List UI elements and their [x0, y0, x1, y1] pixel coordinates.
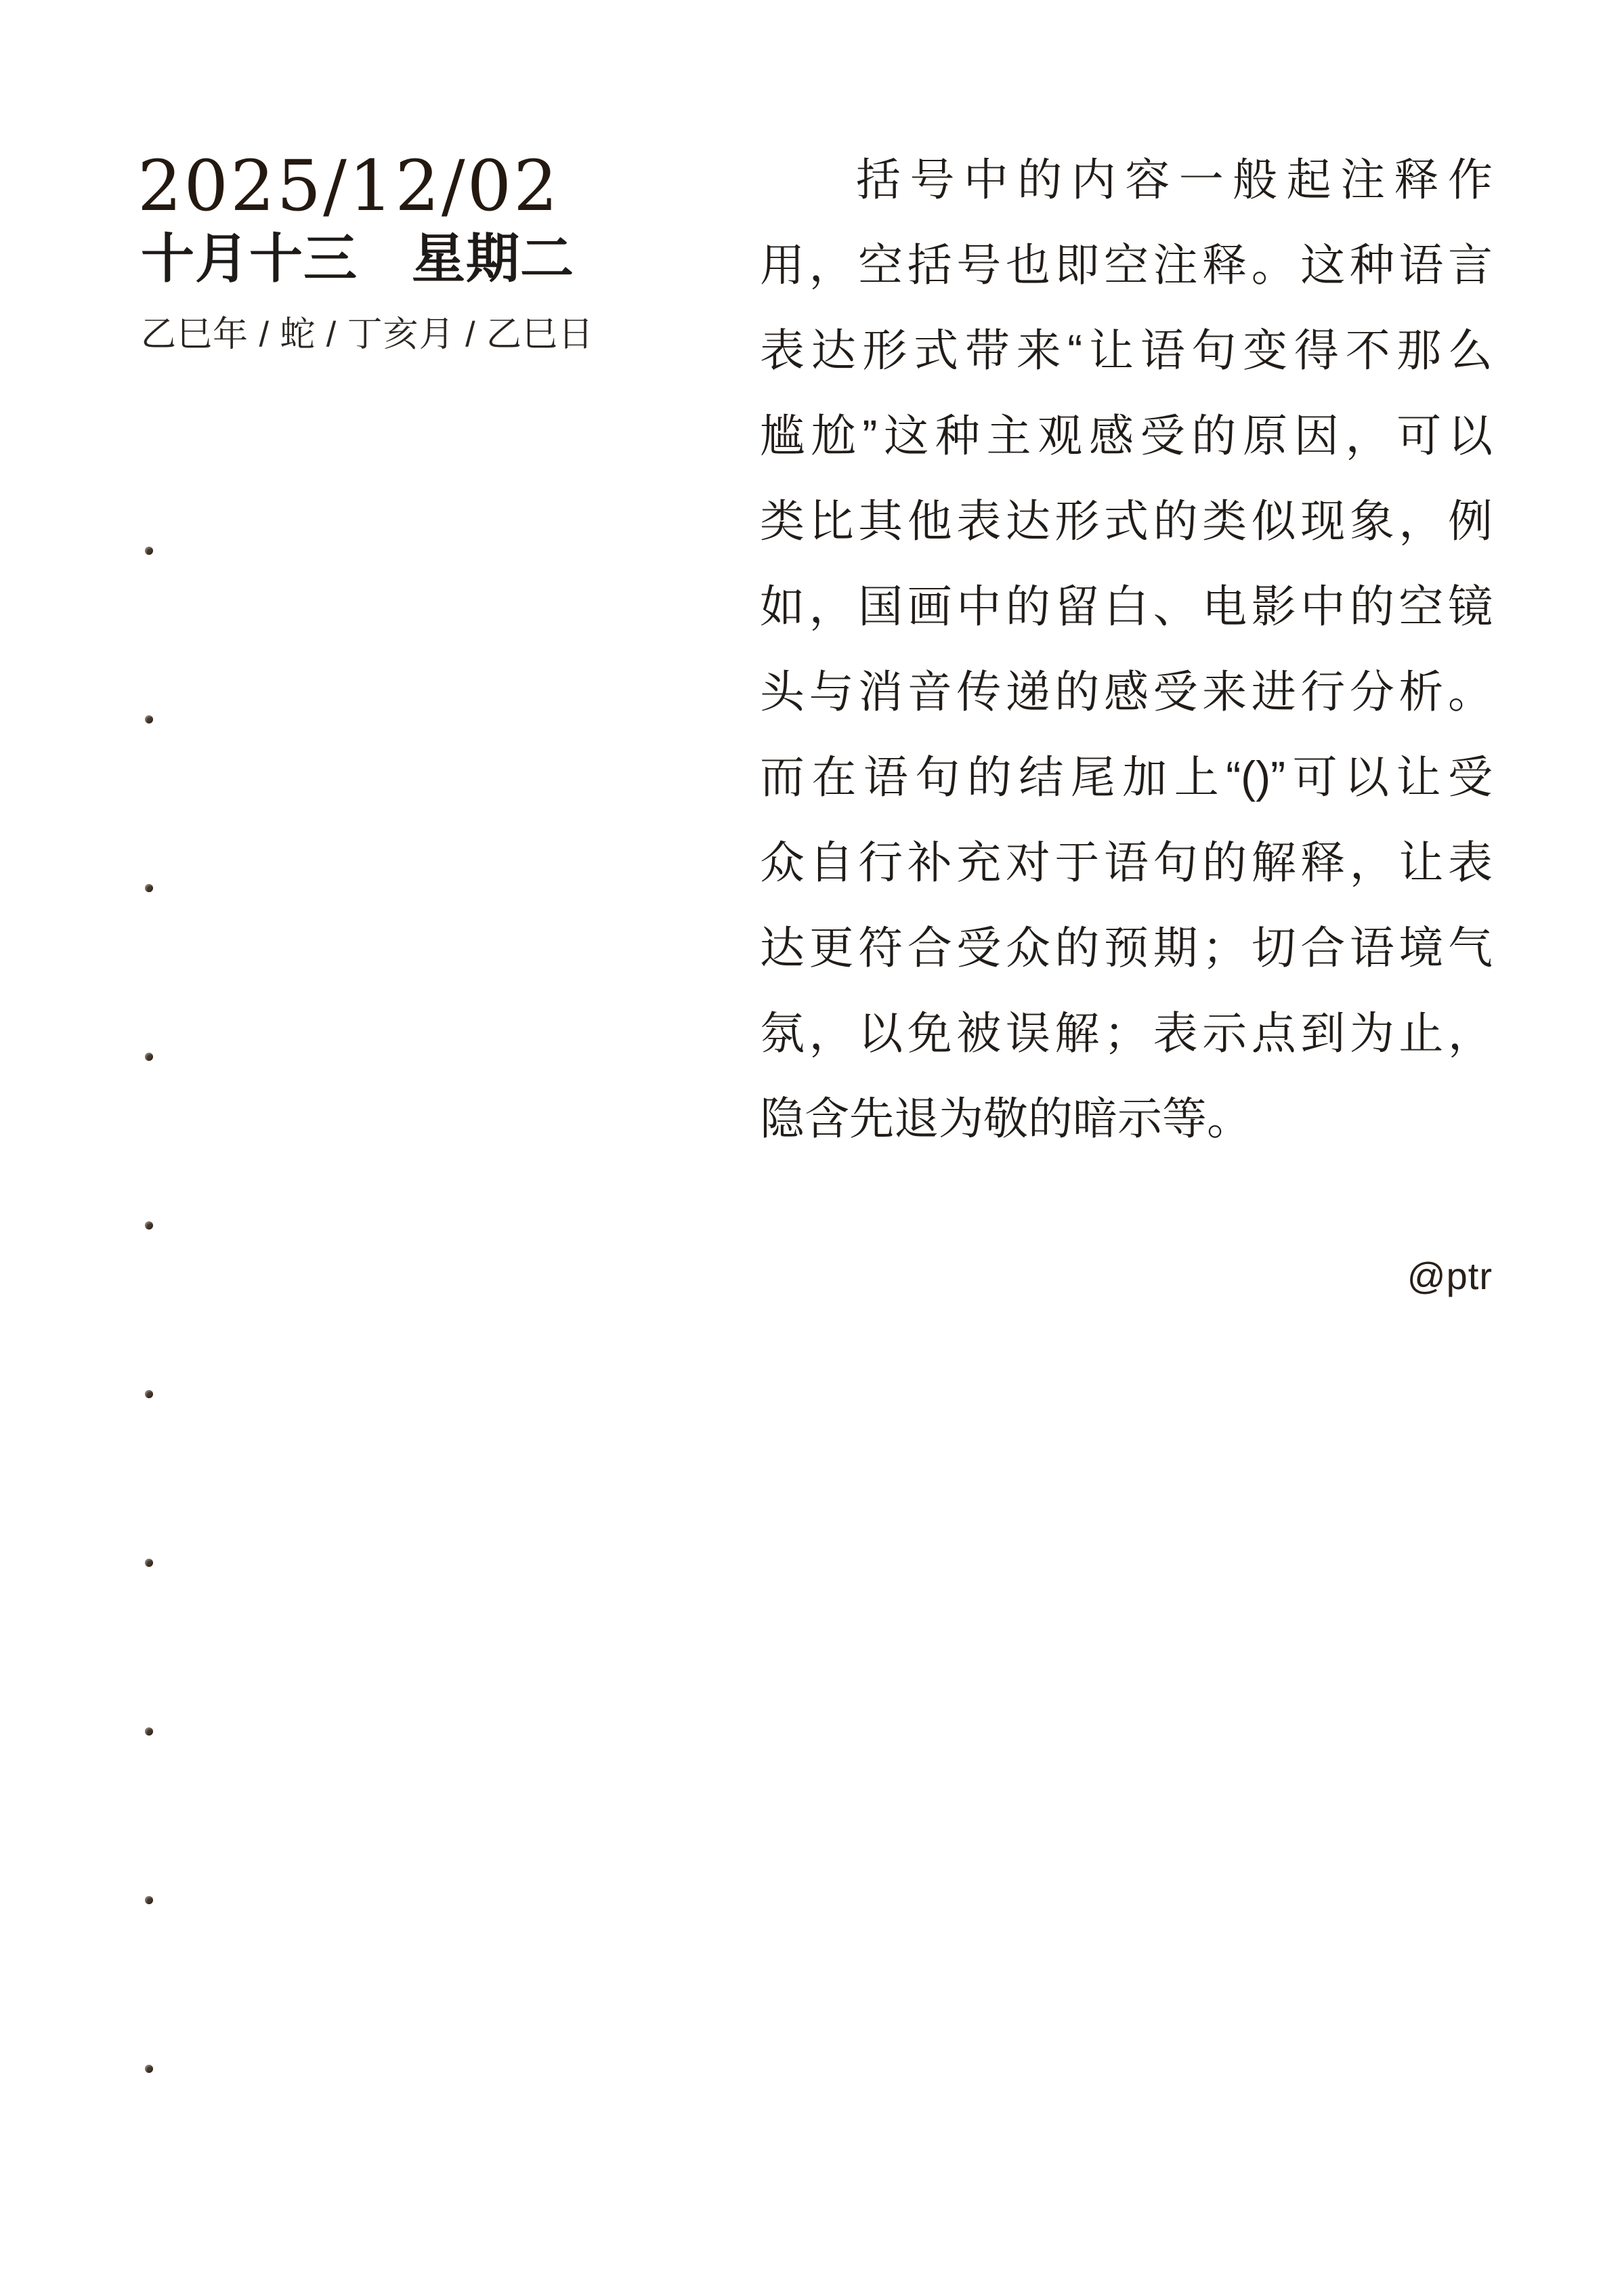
note-line: 类比其他表达形式的类似现象，例 [760, 478, 1493, 564]
bullet-dot-icon [145, 1896, 153, 1904]
note-line: 表达形式带来“让语句变得不那么 [760, 308, 1493, 393]
note-line: 达更符合受众的预期；切合语境气 [760, 905, 1493, 990]
bullet-dot-icon [145, 1390, 153, 1398]
bullet-dot-icon [145, 715, 153, 723]
bullet-dot-icon [145, 2065, 153, 2073]
journal-page: 2025/12/02 十月十三 星期二 乙巳年 / 蛇 / 丁亥月 / 乙巳日 … [0, 0, 1624, 2291]
bullet-dot-icon [145, 1053, 153, 1061]
ganzhi-text: 乙巳年 / 蛇 / 丁亥月 / 乙巳日 [141, 314, 594, 355]
bullet-dot-icon [145, 884, 153, 892]
note-line: 如，国画中的留白、电影中的空镜 [760, 564, 1493, 649]
bullet-dot-icon [145, 547, 153, 555]
note-line: 众自行补充对于语句的解释，让表 [760, 820, 1493, 905]
note-line: 括号中的内容一般起注释作 [760, 137, 1493, 222]
bullet-dot-icon [145, 1727, 153, 1736]
note-paragraph: 括号中的内容一般起注释作用，空括号也即空注释。这种语言表达形式带来“让语句变得不… [760, 137, 1493, 1161]
note-line: 隐含先退为敬的暗示等。 [760, 1076, 1493, 1161]
date-text: 2025/12/02 [137, 150, 560, 222]
note-line: 头与消音传递的感受来进行分析。 [760, 649, 1493, 734]
lunar-date-text: 十月十三 星期二 [141, 229, 574, 289]
note-line: 尴尬”这种主观感受的原因，可以 [760, 393, 1493, 478]
bullet-dot-icon [145, 1559, 153, 1567]
note-line: 而在语句的结尾加上“()”可以让受 [760, 734, 1493, 820]
note-line: 氛，以免被误解；表示点到为止， [760, 990, 1493, 1076]
attribution-text: @ptr [1407, 1254, 1493, 1298]
bullet-dot-icon [145, 1221, 153, 1229]
note-line: 用，空括号也即空注释。这种语言 [760, 222, 1493, 308]
